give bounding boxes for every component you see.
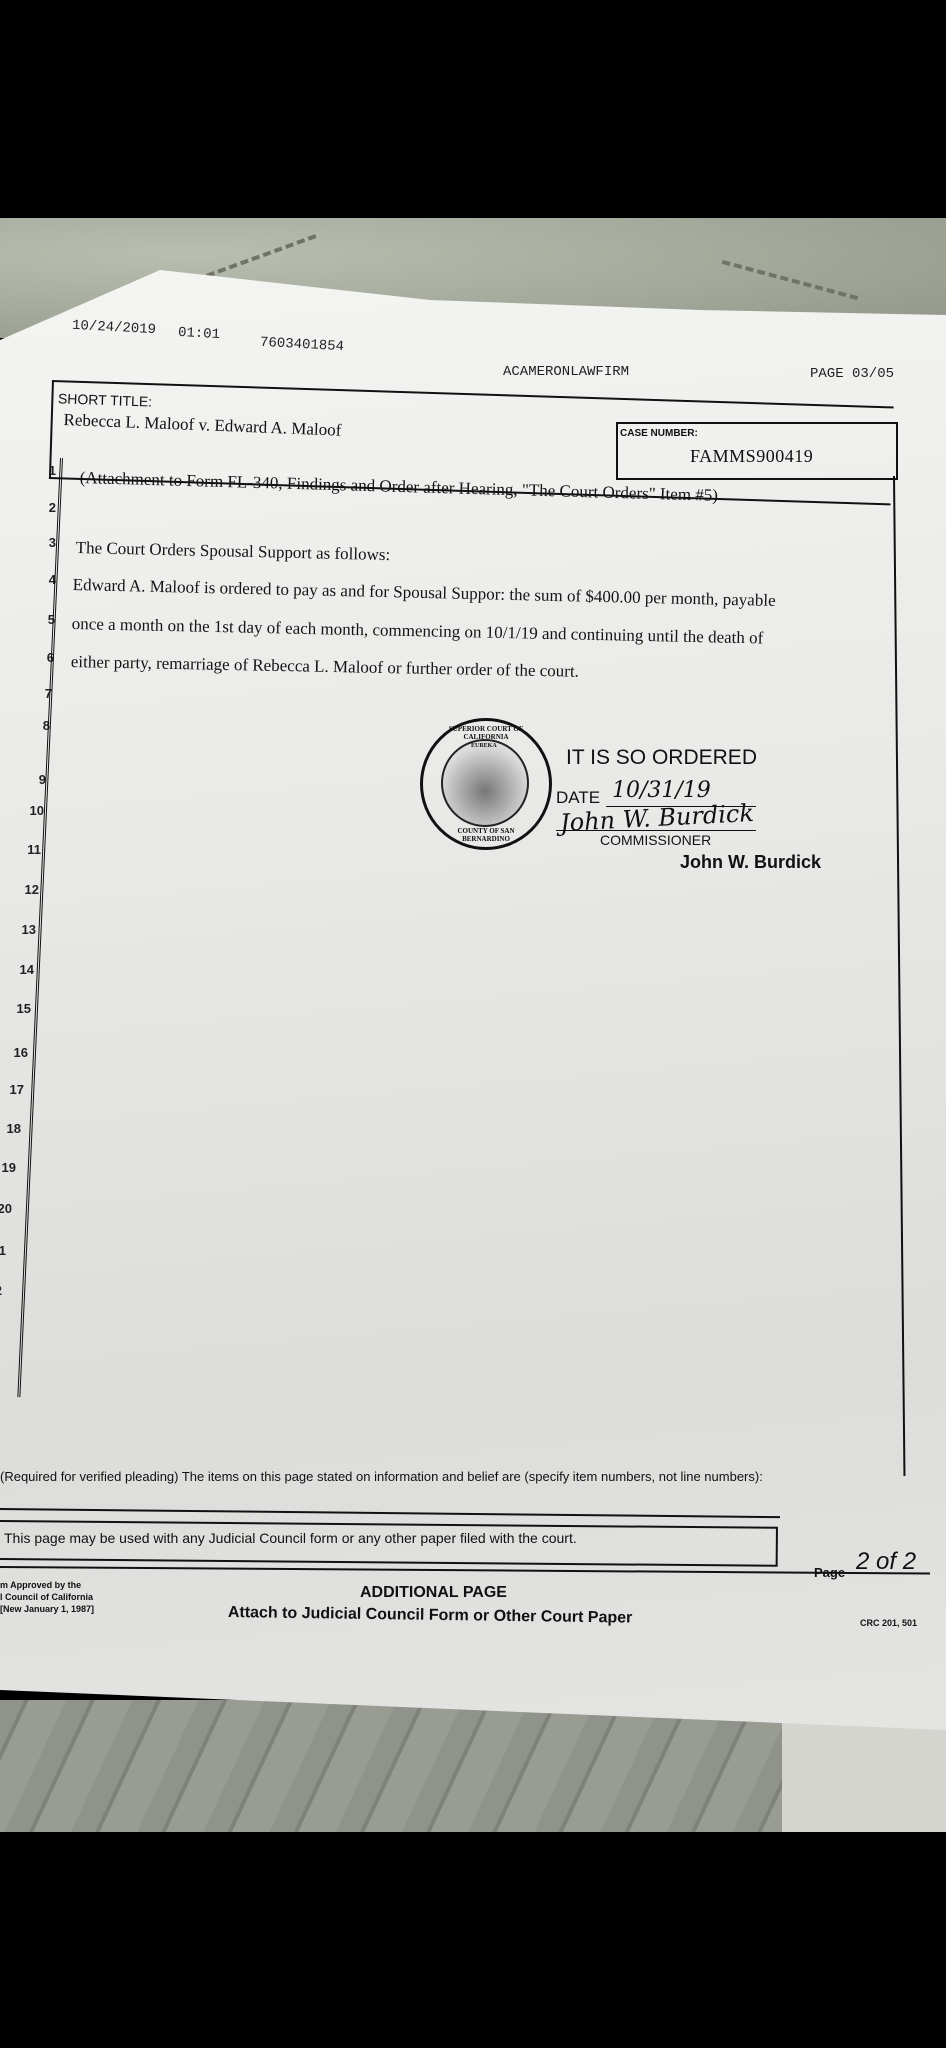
date-label: DATE (556, 788, 600, 808)
line-number: 15 (17, 1001, 31, 1016)
fax-sender: ACAMERONLAWFIRM (503, 364, 629, 380)
fax-time: 01:01 (178, 325, 221, 343)
rule-reference: CRC 201, 501 (860, 1618, 917, 1628)
line-number: 16 (14, 1045, 28, 1060)
top-black-bar (0, 0, 946, 218)
line-number: 12 (25, 882, 39, 897)
verified-pleading-note: (Required for verified pleading) The ite… (0, 1468, 880, 1486)
short-title-label: SHORT TITLE: (58, 390, 153, 409)
seal-motto: EUREKA (471, 743, 497, 749)
line-number: 1 (49, 463, 56, 478)
line-number: 10 (30, 803, 44, 818)
case-number-label: CASE NUMBER: (620, 428, 698, 439)
court-seal-icon: SUPERIOR COURT OF CALIFORNIA EUREKA COUN… (420, 718, 552, 850)
line-number: 19 (2, 1160, 16, 1175)
line-number: 2 (0, 1283, 2, 1298)
approval-line: l Council of California (0, 1592, 93, 1602)
seal-emblem (441, 739, 529, 827)
so-ordered-text: IT IS SO ORDERED (566, 746, 757, 770)
line-number: 13 (22, 922, 36, 937)
usage-note: This page may be used with any Judicial … (4, 1530, 577, 1546)
commissioner-title: COMMISSIONER (600, 832, 711, 848)
fax-page: PAGE 03/05 (810, 366, 894, 382)
line-number: 18 (7, 1121, 21, 1136)
order-date: 10/31/19 (612, 778, 711, 803)
seal-top-text: SUPERIOR COURT OF CALIFORNIA (433, 725, 539, 741)
approval-line: m Approved by the (0, 1580, 81, 1590)
line-number: 11 (27, 842, 41, 857)
seal-bottom-text: COUNTY OF SAN BERNARDINO (433, 827, 539, 843)
signature-line (556, 830, 756, 831)
line-numbers: 1 2 3 4 5 6 7 8 9 10 11 12 13 14 15 16 1… (0, 0, 56, 2048)
line-number: 17 (10, 1082, 24, 1097)
line-number: 20 (0, 1201, 12, 1216)
line-number: 14 (20, 962, 34, 977)
approval-line: [New January 1, 1987] (0, 1604, 94, 1614)
commissioner-name: John W. Burdick (680, 852, 821, 873)
line-number: 1 (0, 1243, 6, 1258)
line-number: 2 (49, 500, 56, 515)
case-number: FAMMS900419 (690, 446, 813, 467)
bottom-black-bar (0, 1832, 946, 2048)
form-title: ADDITIONAL PAGE (360, 1584, 507, 1602)
